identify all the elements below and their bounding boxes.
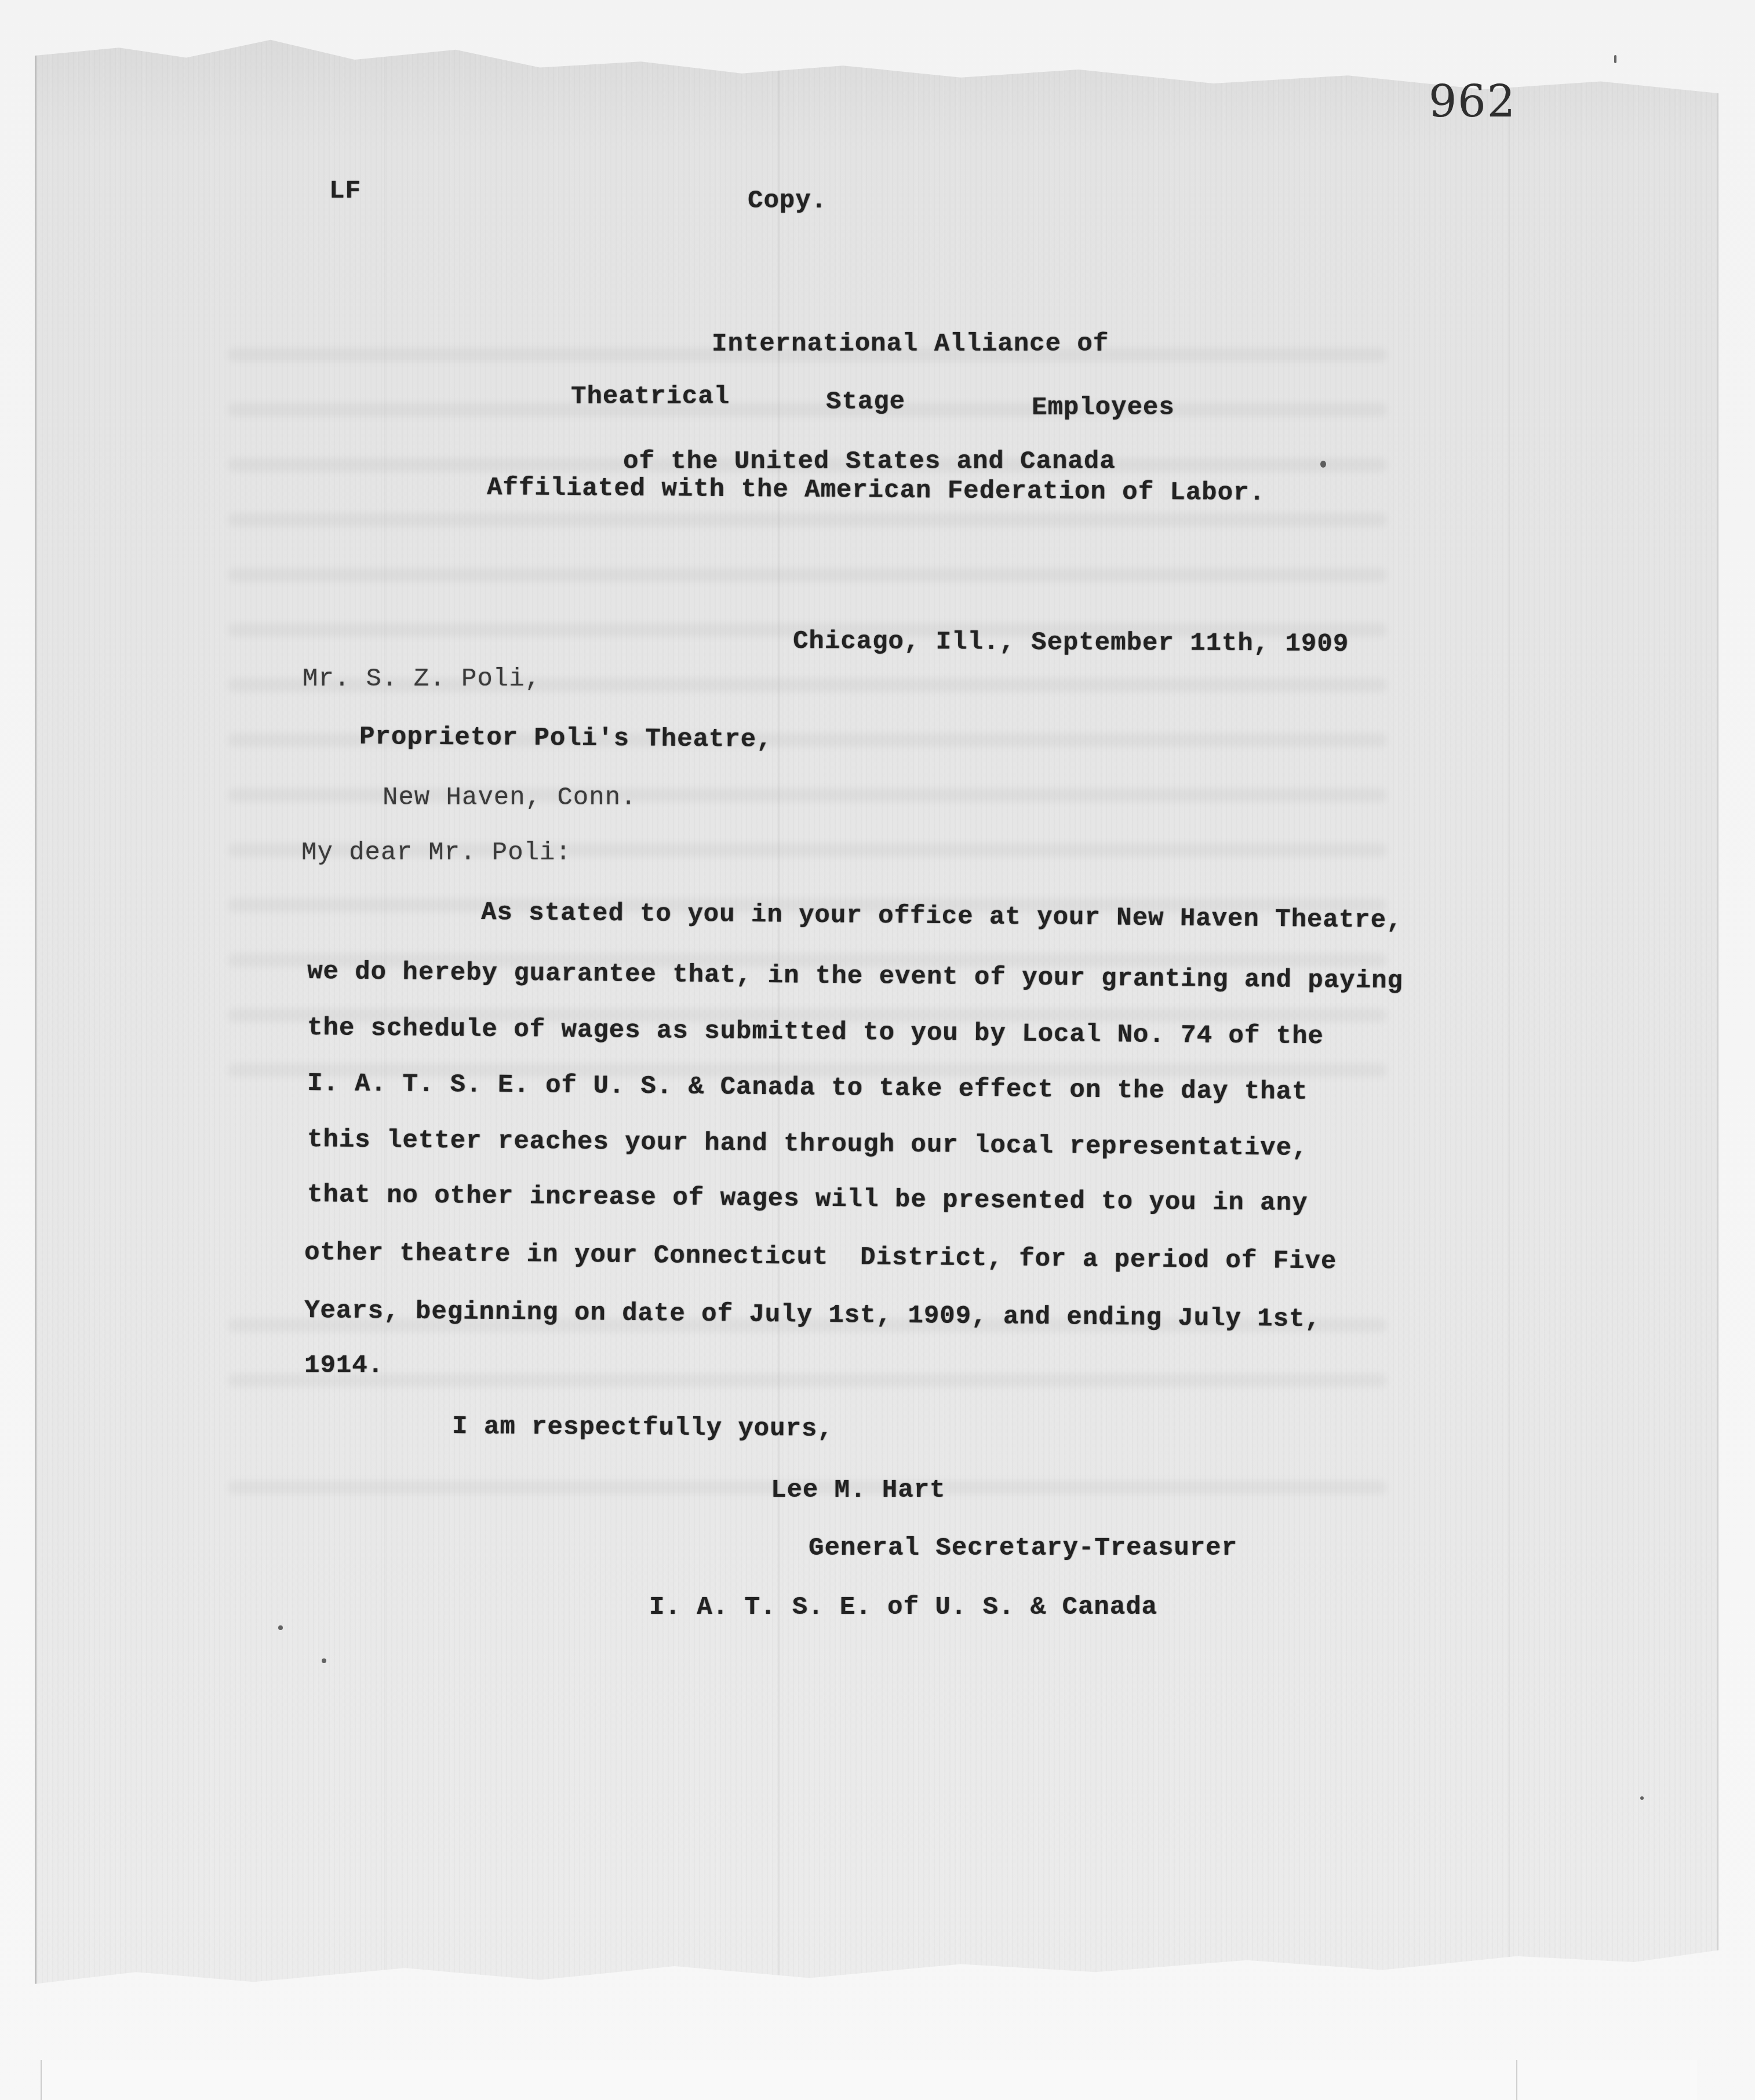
- typist-initials: LF: [329, 178, 361, 204]
- bleed-through-line: [228, 568, 1387, 582]
- letterhead-line-1: International Alliance of: [712, 331, 1109, 357]
- signer-title: General Secretary-Treasurer: [809, 1536, 1237, 1561]
- letterhead-line-4: Affiliated with the American Federation …: [487, 475, 1265, 506]
- ink-speck: [1320, 461, 1326, 468]
- ink-speck: [322, 1658, 326, 1663]
- signer-name: Lee M. Hart: [771, 1478, 945, 1503]
- page-number: 962: [1429, 75, 1516, 127]
- letterhead-word-theatrical: Theatrical: [571, 384, 730, 410]
- mount-board-edge: [41, 2060, 1697, 2100]
- complimentary-close: I am respectfully yours,: [452, 1414, 833, 1442]
- body-line: 1914.: [304, 1353, 384, 1379]
- letterhead-word-stage: Stage: [826, 389, 905, 415]
- ink-speck: [1640, 1796, 1644, 1800]
- recipient-name: Mr. S. Z. Poli,: [303, 666, 541, 692]
- copy-mark: Copy.: [748, 188, 827, 214]
- bleed-through-line: [228, 1373, 1387, 1387]
- paper-fold-line: [1509, 32, 1510, 2014]
- signer-organization: I. A. T. S. E. of U. S. & Canada: [649, 1595, 1157, 1620]
- recipient-location: New Haven, Conn.: [383, 785, 636, 811]
- bleed-through-line: [228, 513, 1387, 527]
- dateline: Chicago, Ill., September 11th, 1909: [793, 629, 1349, 657]
- ink-speck: [278, 1625, 283, 1630]
- bleed-through-line: [228, 403, 1387, 417]
- ink-speck: [1614, 55, 1616, 63]
- letterhead-line-3: of the United States and Canada: [623, 449, 1116, 475]
- salutation: My dear Mr. Poli:: [301, 840, 571, 866]
- letterhead-word-employees: Employees: [1032, 395, 1175, 421]
- recipient-title: Proprietor Poli's Theatre,: [359, 724, 773, 753]
